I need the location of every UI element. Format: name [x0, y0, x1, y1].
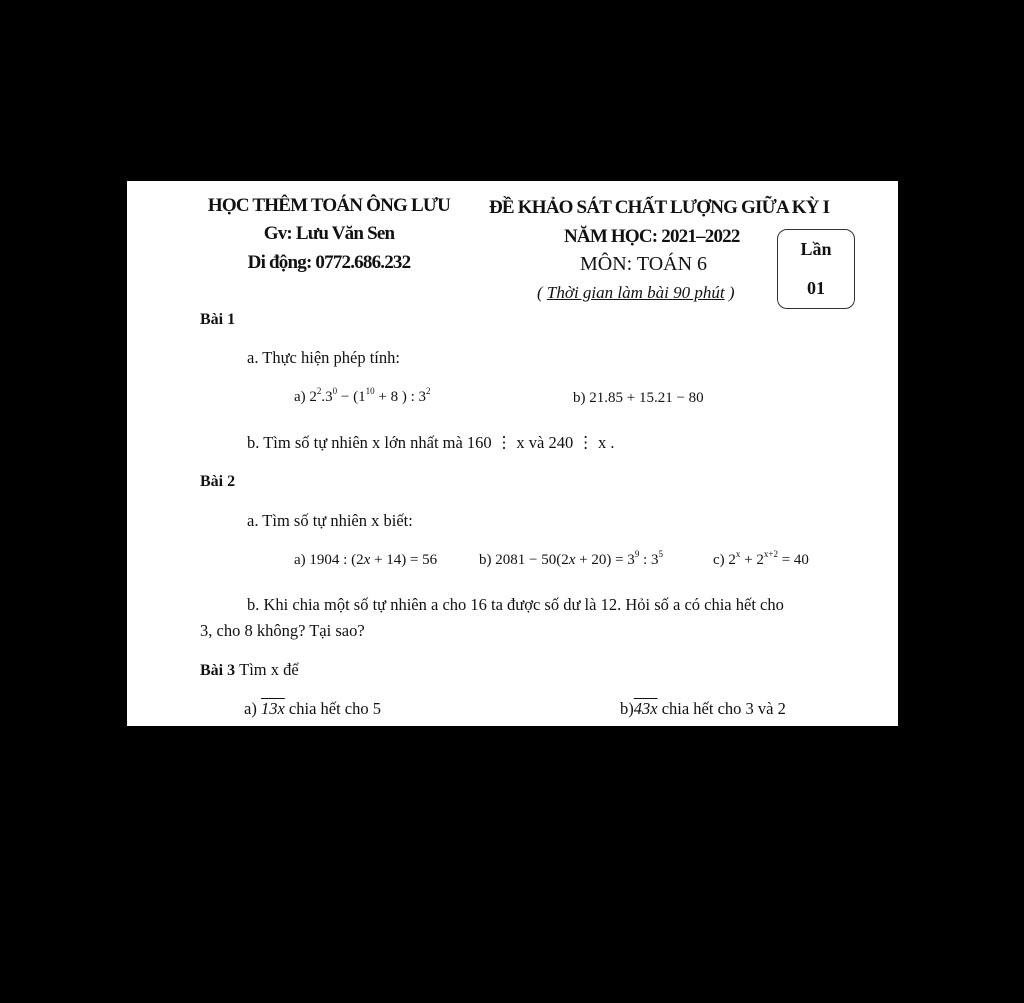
bai1-title: Bài 1 [200, 311, 235, 329]
bai3-title: Bài 3 [200, 662, 235, 679]
bai2-part-a: a. Tìm số tự nhiên x biết: [247, 511, 413, 531]
bai2-part-b-line2: 3, cho 8 không? Tại sao? [200, 621, 365, 641]
bai3-item-a: a) 13x chia hết cho 5 [244, 699, 381, 719]
bai2-part-b-line1: b. Khi chia một số tự nhiên a cho 16 ta … [247, 595, 784, 615]
bai3-intro: Tìm x để [239, 660, 299, 679]
teacher-name: Gv: Lưu Văn Sen [199, 223, 459, 245]
time-limit: ( Thời gian làm bài 90 phút ) [537, 283, 735, 303]
bai3-heading: Bài 3 Tìm x để [200, 660, 299, 680]
bai1-part-b: b. Tìm số tự nhiên x lớn nhất mà 160 ⋮ x… [247, 433, 615, 453]
bai2-expr-b: b) 2081 − 50(2x + 20) = 39 : 35 [479, 552, 663, 569]
phone-number: Di động: 0772.686.232 [199, 252, 459, 274]
bai1-part-a: a. Thực hiện phép tính: [247, 348, 400, 368]
school-year: NĂM HỌC: 2021–2022 [564, 226, 740, 248]
bai2-title: Bài 2 [200, 473, 235, 491]
bai3-item-b: b)43x chia hết cho 3 và 2 [620, 699, 786, 719]
bai1-expr-b: b) 21.85 + 15.21 − 80 [573, 390, 704, 407]
attempt-label: Lần [800, 239, 831, 260]
exam-page: HỌC THÊM TOÁN ÔNG LƯU Gv: Lưu Văn Sen Di… [127, 181, 898, 726]
bai1-expr-a: a) 22.30 − (110 + 8 ) : 32 [294, 389, 431, 406]
exam-title: ĐỀ KHẢO SÁT CHẤT LƯỢNG GIỮA KỲ I [489, 197, 829, 219]
subject: MÔN: TOÁN 6 [580, 253, 707, 276]
attempt-number: 01 [807, 278, 825, 299]
bai2-expr-a: a) 1904 : (2x + 14) = 56 [294, 552, 437, 569]
attempt-box: Lần 01 [777, 229, 855, 309]
bai2-expr-c: c) 2x + 2x+2 = 40 [713, 552, 809, 569]
school-name: HỌC THÊM TOÁN ÔNG LƯU [199, 195, 459, 217]
